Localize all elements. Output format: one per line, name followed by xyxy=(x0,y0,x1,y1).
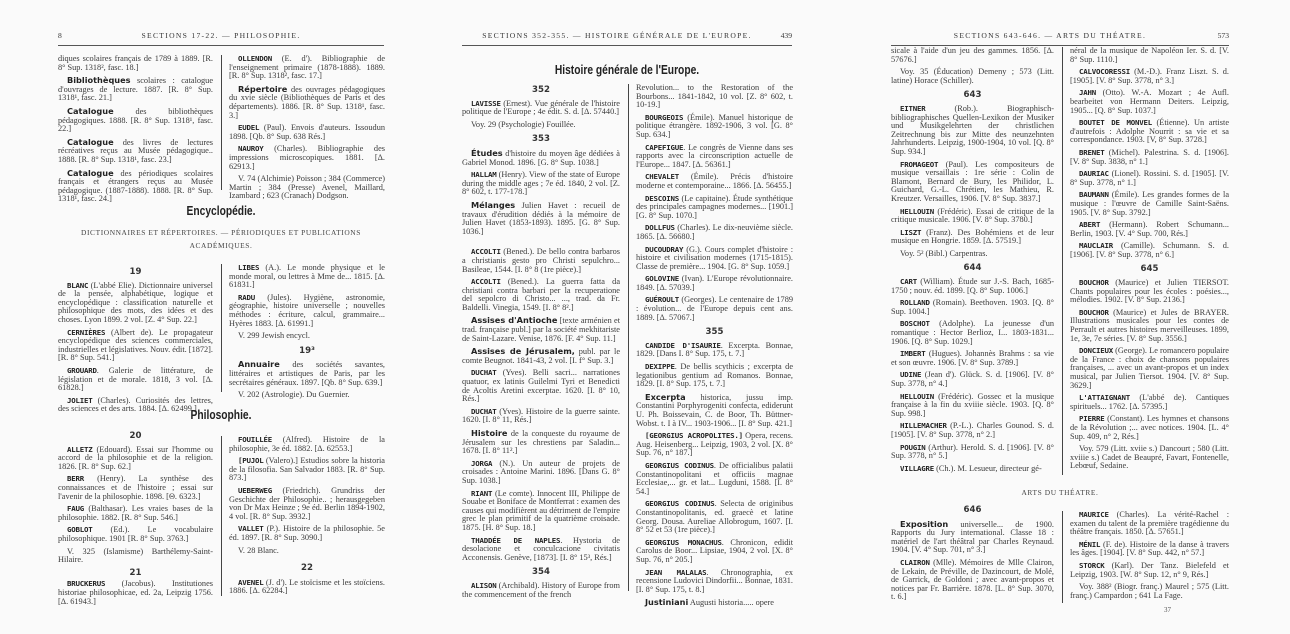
catalogue-entry: VILLAGRE (Ch.). M. Lesueur, directeur gé… xyxy=(891,465,1054,474)
catalogue-entry: OLLENDON (E. d'). Bibliographie de l'ens… xyxy=(229,55,385,81)
catalogue-entry: ABERT (Hermann). Robert Schumann... Berl… xyxy=(1070,221,1229,238)
catalogue-entry: GUÉROULT (Georges). Le centenaire de 178… xyxy=(636,296,793,322)
entry-keyword: Excerpta xyxy=(645,392,686,402)
entry-keyword: Annuaire xyxy=(238,359,280,369)
catalogue-entry: Bibliothèques scolaires : catalogue d'ou… xyxy=(58,76,213,103)
catalogue-entry: RADU (Jules). Hygiène, astronomie, géogr… xyxy=(229,294,385,328)
entry-text: V. 299 Jewish encycl. xyxy=(238,331,310,340)
section-subheading: ARTS DU THÉATRE. xyxy=(891,486,1229,499)
running-head-title: SECTIONS 17-22. — PHILOSOPHIE. xyxy=(58,31,384,40)
entry-text: Voy. 579 (Litt. xviie s.) Dancourt ; 580… xyxy=(1070,444,1229,470)
catalogue-entry: Justiniani Augusti historia..... opere xyxy=(636,598,793,608)
catalogue-entry: Voy. 5² (Bibl.) Carpentras. xyxy=(891,250,1054,259)
running-head-title: SECTIONS 352-355. — HISTOIRE GÉNÉRALE DE… xyxy=(462,31,772,40)
catalogue-entry: UDINE (Jean d'). Glück. S. d. [1906]. [V… xyxy=(891,371,1054,388)
column-left: sicale à l'aide d'un jeu des gammes. 185… xyxy=(891,47,1054,477)
section-number: 645 xyxy=(1070,265,1229,274)
entry-text: Voy. 388² (Biogr. franç.) Maurel ; 575 (… xyxy=(1070,582,1229,600)
entry-text: V. 28 Blanc. xyxy=(238,546,279,555)
catalogue-entry: Répertoire des ouvrages pédagogiques du … xyxy=(229,85,385,120)
catalogue-entry: DUCHAT (Yves). Belli sacri... narratione… xyxy=(462,369,620,403)
catalogue-entry: THADDÉE DE NAPLES. Hystoria de desolacio… xyxy=(462,537,620,563)
entry-keyword: Bibliothèques xyxy=(67,75,131,85)
header-rule xyxy=(462,45,792,46)
section-number: 19³ xyxy=(229,347,385,356)
catalogue-entry: Voy. 388² (Biogr. franç.) Maurel ; 575 (… xyxy=(1070,583,1229,600)
section-subheading: DICTIONNAIRES ET RÉPERTOIRES. — PÉRIODIQ… xyxy=(58,226,384,252)
catalogue-entry: BOUCHOR (Maurice) et Julien TIERSOT. Cha… xyxy=(1070,279,1229,305)
catalogue-entry: PIERRE (Constant). Les hymnes et chanson… xyxy=(1070,415,1229,441)
catalogue-entry: BERR (Henry). La synthèse des connaissan… xyxy=(58,475,213,501)
catalogue-entry: GEORGIUS MONACHUS. Chronicon, edidit Car… xyxy=(636,539,793,565)
catalogue-entry: EITNER (Rob.). Biographisch-bibliographi… xyxy=(891,105,1054,157)
catalogue-entry: POUGIN (Arthur). Herold. S. d. [1906]. [… xyxy=(891,444,1054,461)
catalogue-entry: Catalogue des périodiques scolaires fran… xyxy=(58,169,213,204)
catalogue-entry: FROMAGEOT (Paul). Les compositeurs de mu… xyxy=(891,161,1054,204)
column-top-right: OLLENDON (E. d'). Bibliographie de l'ens… xyxy=(221,55,385,190)
catalogue-entry: V. 299 Jewish encycl. xyxy=(229,332,385,341)
entry-text: Voy. 29 (Psychologie) Fouillée. xyxy=(471,120,576,129)
entry-keyword: Exposition xyxy=(900,519,948,529)
section-number: 19 xyxy=(58,268,213,277)
catalogue-entry: Catalogue des bibliothèques pédagogiques… xyxy=(58,107,213,134)
catalogue-entry: Mélanges Julien Havet : recueil de trava… xyxy=(462,201,620,236)
running-head: SECTIONS 643-646. — ARTS DU THÉATRE. 573 xyxy=(891,31,1229,43)
section-number: 354 xyxy=(462,568,620,577)
catalogue-entry: Voy. 579 (Litt. xviie s.) Dancourt ; 580… xyxy=(1070,445,1229,471)
entry-text: Revolution... to the Restoration of the … xyxy=(636,83,793,109)
catalogue-entry: BOURGEOIS (Émile). Manuel historique de … xyxy=(636,114,793,140)
catalogue-entry: DOLLFUS (Charles). Le dix-neuvième siècl… xyxy=(636,224,793,241)
column-left: 352LAVISSE (Ernest). Vue générale de l'h… xyxy=(462,80,620,603)
catalogue-entry: FOUILLÉE (Alfred). Histoire de la philos… xyxy=(229,436,385,453)
catalogue-entry: AVENEL (J. d'). Le stoïcisme et les stoï… xyxy=(229,579,385,596)
entry-text: (Rob.). Biographisch-bibliographisches Q… xyxy=(891,104,1054,156)
catalogue-entry: Voy. 35 (Éducation) Demeny ; 573 (Litt. … xyxy=(891,68,1054,85)
entry-keyword: Mélanges xyxy=(471,200,515,210)
section-number: 352 xyxy=(462,86,620,95)
catalogue-entry: NAUROY (Charles). Bibliographie des impr… xyxy=(229,145,385,171)
catalogue-entry: CART (William). Étude sur J.-S. Bach, 16… xyxy=(891,278,1054,295)
catalogue-entry: GROUARD. Galerie de littérature, de légi… xyxy=(58,367,213,393)
signature-mark: 37 xyxy=(1164,606,1171,614)
catalogue-entry: ROLLAND (Romain). Beethoven. 1903. [Q. 8… xyxy=(891,299,1054,316)
running-head: SECTIONS 352-355. — HISTOIRE GÉNÉRALE DE… xyxy=(462,31,792,43)
section-number: 21 xyxy=(58,569,213,578)
running-head-title: SECTIONS 643-646. — ARTS DU THÉATRE. xyxy=(891,31,1209,40)
entry-text: néral de la musique de Napoléon Ier. S. … xyxy=(1070,46,1229,64)
catalogue-entry: ACCOLTI (Bened.). La guerra fatta da chr… xyxy=(462,278,620,312)
catalogue-entry: V. 28 Blanc. xyxy=(229,547,385,556)
catalogue-entry: [GEORGIUS ACROPOLITES.] Opera, recens. A… xyxy=(636,432,793,458)
column-bottom-right: FOUILLÉE (Alfred). Histoire de la philos… xyxy=(221,436,385,596)
catalogue-entry: BOSCHOT (Adolphe). La jeunesse d'un roma… xyxy=(891,320,1054,346)
entry-keyword: Justiniani xyxy=(645,597,688,607)
column-top-left: diques scolaires français de 1789 à 1889… xyxy=(58,55,213,208)
entry-keyword: Catalogue xyxy=(67,137,114,147)
catalogue-entry: BAUMANN (Émile). Les grandes formes de l… xyxy=(1070,191,1229,217)
catalogue-entry: BRENET (Michel). Palestrina. S. d. [1906… xyxy=(1070,149,1229,166)
catalogue-entry: BOUTET DE MONVEL (Étienne). Un artiste d… xyxy=(1070,119,1229,145)
column-bottom-left: 20 ALLETZ (Edouard). Essai sur l'homme o… xyxy=(58,432,213,610)
entry-keyword: Assises de Jérusalem, xyxy=(471,346,575,356)
catalogue-entry: Assises d'Antioche [texte arménien et tr… xyxy=(462,316,620,343)
entry-keyword: Catalogue xyxy=(67,106,114,116)
catalogue-entry: JAHN (Otto). W.-A. Mozart ; 4e Aufl. bea… xyxy=(1070,89,1229,115)
entry-keyword: Études xyxy=(471,148,503,158)
catalogue-entry: FAUG (Balthasar). Les vraies bases de la… xyxy=(58,505,213,522)
catalogue-entry: Études d'histoire du moyen âge dédiées à… xyxy=(462,149,620,167)
catalogue-entry: Excerpta historica, jussu imp. Constanti… xyxy=(636,393,793,428)
catalogue-entry: CLAIRON (Mlle). Mémoires de Mlle Clairon… xyxy=(891,559,1054,602)
entry-text: V. 202 (Astrologie). Du Guernier. xyxy=(238,390,350,399)
catalogue-entry: CERNIÈRES (Albert de). Le propagateur en… xyxy=(58,329,213,363)
catalogue-entry: MÉNIL (F. de). Histoire de la danse à tr… xyxy=(1070,541,1229,558)
section-number: 643 xyxy=(891,91,1054,100)
catalogue-entry: HELLOUIN (Frédéric). Essai de critique d… xyxy=(891,208,1054,225)
catalogue-entry: GEORGIUS CODINUS. De officialibus palati… xyxy=(636,462,793,496)
catalogue-entry: DUCHAT (Yves). Histoire de la guerre sai… xyxy=(462,408,620,425)
catalogue-entry: DESCOINS (Le capitaine). Étude synthétiq… xyxy=(636,195,793,221)
catalogue-entry: JORGA (N.). Un auteur de projets de croi… xyxy=(462,460,620,486)
catalogue-entry: DEXIPPE. De bellis scythicis ; excerpta … xyxy=(636,363,793,389)
catalogue-entry: LISZT (Franz). Des Bohémiens et de leur … xyxy=(891,229,1054,246)
catalogue-entry: ACCOLTI (Bened.). De bello contra barbar… xyxy=(462,248,620,274)
catalogue-entry: MAUCLAIR (Camille). Schumann. S. d. [190… xyxy=(1070,242,1229,259)
catalogue-entry: V. 202 (Astrologie). Du Guernier. xyxy=(229,391,385,400)
section-number: 353 xyxy=(462,135,620,144)
header-rule xyxy=(58,45,384,46)
catalogue-entry: JEAN MALALAS. Chronographia, ex recensio… xyxy=(636,569,793,595)
entry-author: VILLAGRE xyxy=(900,464,934,473)
catalogue-entry: Catalogue des livres de lectures récréat… xyxy=(58,138,213,165)
column-right: Revolution... to the Restoration of the … xyxy=(628,84,793,591)
section-number: 644 xyxy=(891,264,1054,273)
column-bottom-left: 646Exposition universelle... de 1900. Ra… xyxy=(891,500,1054,606)
catalogue-entry: BRUCKERUS (Jacobus). Institutiones histo… xyxy=(58,580,213,606)
catalogue-entry: Voy. 29 (Psychologie) Fouillée. xyxy=(462,121,620,130)
column-mid-right: LIBES (A.). Le monde physique et le mond… xyxy=(221,264,385,392)
catalogue-entry: CAPEFIGUE. Le congrès de Vienne dans ses… xyxy=(636,144,793,170)
catalogue-entry: RIANT (Le comte). Innocent III, Philippe… xyxy=(462,490,620,533)
catalogue-entry: GOBLOT (Ed.). Le vocabulaire philosophiq… xyxy=(58,526,213,543)
entry-text: Augusti historia..... opere xyxy=(688,598,774,607)
entry-text: diques scolaires français de 1789 à 1889… xyxy=(58,54,213,72)
page-histoire-europe: SECTIONS 352-355. — HISTOIRE GÉNÉRALE DE… xyxy=(462,0,792,634)
column-bottom-right: MAURICE (Charles). La vérité-Rachel : ex… xyxy=(1062,511,1229,603)
catalogue-entry: LAVISSE (Ernest). Vue générale de l'hist… xyxy=(462,100,620,117)
entry-text: Voy. 5² (Bibl.) Carpentras. xyxy=(900,249,988,258)
entry-text: sicale à l'aide d'un jeu des gammes. 185… xyxy=(891,46,1054,64)
catalogue-entry: HELLOUIN (Frédéric). Gossec et la musiqu… xyxy=(891,393,1054,419)
catalogue-entry: Assises de Jérusalem, publ. par le comte… xyxy=(462,347,620,365)
section-number: 646 xyxy=(891,506,1054,515)
column-mid-left: 19 BLANC (L'abbé Elie). Dictionnaire uni… xyxy=(58,262,213,418)
running-head: 8 SECTIONS 17-22. — PHILOSOPHIE. xyxy=(58,31,384,43)
catalogue-entry: Annuaire des sociétés savantes, littérai… xyxy=(229,360,385,387)
entry-text: Voy. 35 (Éducation) Demeny ; 573 (Litt. … xyxy=(891,67,1054,85)
page-philosophie: 8 SECTIONS 17-22. — PHILOSOPHIE. diques … xyxy=(58,0,384,634)
catalogue-entry: néral de la musique de Napoléon Ier. S. … xyxy=(1070,47,1229,64)
entry-keyword: Histoire xyxy=(471,428,507,438)
page-arts-theatre: SECTIONS 643-646. — ARTS DU THÉATRE. 573… xyxy=(891,0,1229,634)
catalogue-entry: diques scolaires français de 1789 à 1889… xyxy=(58,55,213,72)
section-heading-histoire: Histoire générale de l'Europe. xyxy=(492,63,763,77)
catalogue-entry: LIBES (A.). Le monde physique et le mond… xyxy=(229,264,385,290)
catalogue-entry: VALLET (P.). Histoire de la philosophie.… xyxy=(229,525,385,542)
section-heading-encyclopedie: Encyclopédie. xyxy=(87,204,354,218)
catalogue-entry: sicale à l'aide d'un jeu des gammes. 185… xyxy=(891,47,1054,64)
section-number: 22 xyxy=(229,564,385,573)
catalogue-entry: BOUCHOR (Maurice) et Jules de BRAYER. Il… xyxy=(1070,309,1229,343)
entry-keyword: Répertoire xyxy=(238,84,287,94)
page-number: 573 xyxy=(1218,31,1229,40)
page-number: 439 xyxy=(781,31,792,40)
catalogue-entry: UEBERWEG (Friedrich). Grundriss der Gesc… xyxy=(229,487,385,521)
column-right: néral de la musique de Napoléon Ier. S. … xyxy=(1062,47,1229,475)
catalogue-entry: GEORGIUS CODINUS. Selecta de originibus … xyxy=(636,500,793,534)
catalogue-entry: ALISON (Archibald). History of Europe fr… xyxy=(462,582,620,599)
section-heading-philosophie: Philosophie. xyxy=(87,408,354,422)
catalogue-entry: STORCK (Karl). Der Tanz. Bielefeld et Le… xyxy=(1070,562,1229,579)
catalogue-entry: DUCOUDRAY (G.). Cours complet d'histoire… xyxy=(636,246,793,272)
catalogue-entry: L'ATTAIGNANT (L'abbé de). Cantiques spir… xyxy=(1070,394,1229,411)
entry-text: V. 325 (Islamisme) Barthélemy-Saint-Hila… xyxy=(58,547,213,565)
entry-text: (Ch.). M. Lesueur, directeur gé- xyxy=(934,464,1042,473)
entry-keyword: Assises d'Antioche xyxy=(471,315,557,325)
catalogue-entry: GOLOVINE (Ivan). L'Europe révolutionnair… xyxy=(636,275,793,292)
entry-keyword: Catalogue xyxy=(67,168,114,178)
catalogue-entry: HILLEMACHER (P.-L.). Charles Gounod. S. … xyxy=(891,422,1054,439)
catalogue-entry: ALLETZ (Edouard). Essai sur l'homme ou a… xyxy=(58,446,213,472)
catalogue-entry: MAURICE (Charles). La vérité-Rachel : ex… xyxy=(1070,511,1229,537)
catalogue-entry: IMBERT (Hugues). Johannès Brahms : sa vi… xyxy=(891,350,1054,367)
catalogue-entry: CANDIDE D'ISAURIE. Excerpta. Bonnae, 182… xyxy=(636,342,793,359)
catalogue-entry: Exposition universelle... de 1900. Rappo… xyxy=(891,520,1054,555)
catalogue-entry: BLANC (L'abbé Elie). Dictionnaire univer… xyxy=(58,282,213,325)
catalogue-entry: CALVOCORESSI (M.-D.). Franz Liszt. S. d.… xyxy=(1070,68,1229,85)
catalogue-entry: CHEVALET (Émile). Précis d'histoire mode… xyxy=(636,173,793,190)
catalogue-entry: [PUJOL (Valero).] Estudios sobre la hist… xyxy=(229,457,385,483)
catalogue-entry: DAURIAC (Lionel). Rossini. S. d. [1905].… xyxy=(1070,170,1229,187)
entry-text: V. 74 (Alchimie) Poisson ; 384 (Commerce… xyxy=(229,174,385,200)
catalogue-entry: V. 74 (Alchimie) Poisson ; 384 (Commerce… xyxy=(229,175,385,201)
catalogue-entry: HALLAM (Henry). View of the state of Eur… xyxy=(462,171,620,197)
catalogue-entry: EUDEL (Paul). Envois d'auteurs. Issoudun… xyxy=(229,124,385,141)
catalogue-entry: Histoire de la conqueste du royaume de J… xyxy=(462,429,620,456)
section-number: 20 xyxy=(58,432,213,441)
catalogue-entry: DONCIEUX (George). Le romancero populair… xyxy=(1070,347,1229,390)
section-number: 355 xyxy=(636,328,793,337)
catalogue-entry: Revolution... to the Restoration of the … xyxy=(636,84,793,110)
catalogue-entry: V. 325 (Islamisme) Barthélemy-Saint-Hila… xyxy=(58,548,213,565)
